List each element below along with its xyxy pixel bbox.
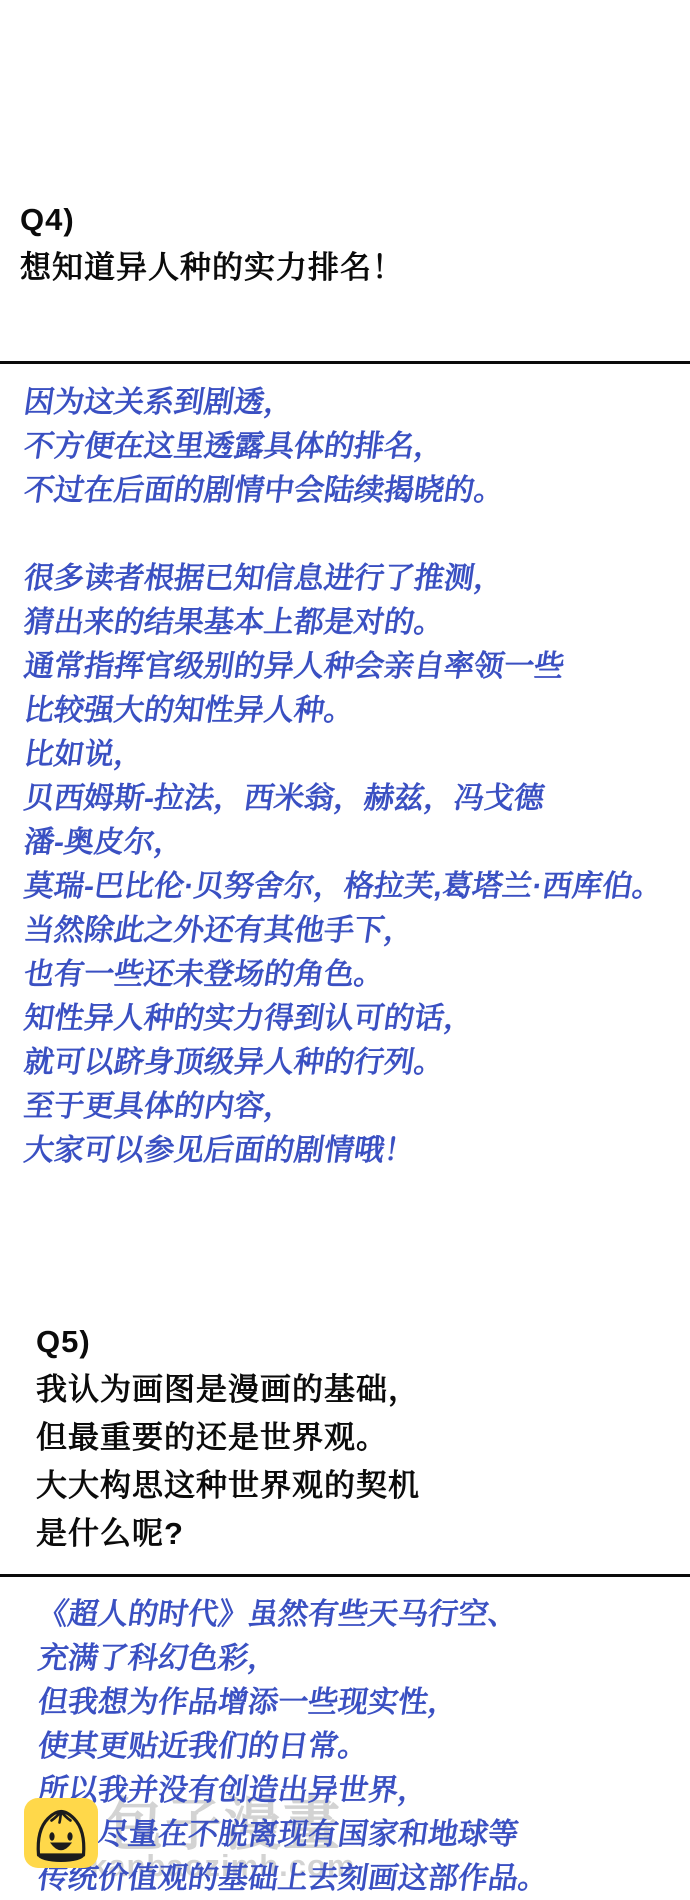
q5-divider-rule (0, 1574, 690, 1577)
q5-question-line: 但最重要的还是世界观。 (36, 1414, 420, 1462)
answer-line: 比较强大的知性异人种。 (21, 689, 665, 733)
answer-line: 就可以跻身顶级异人种的行列。 (21, 1041, 665, 1085)
q5-label: Q5) (36, 1318, 420, 1366)
answer-line: 因为这关系到剧透， (21, 381, 665, 425)
q5-header: Q5) 我认为画图是漫画的基础， 但最重要的还是世界观。 大大构思这种世界观的契… (36, 1318, 420, 1558)
answer-line: 很多读者根据已知信息进行了推测， (21, 557, 665, 601)
answer-line: 也有一些还未登场的角色。 (21, 953, 665, 997)
comic-qa-page: 包子漫畫 kanbaozimh.com Q4) 想知道异人种的实力排名！ 因为这… (0, 0, 690, 1900)
q4-header: Q4) 想知道异人种的实力排名！ (20, 196, 404, 292)
answer-line: 比如说， (21, 733, 665, 777)
answer-line: 贝西姆斯-拉法，西米翁，赫兹，冯戈德 (21, 777, 665, 821)
q4-answer-block: 因为这关系到剧透， 不方便在这里透露具体的排名， 不过在后面的剧情中会陆续揭晓的… (21, 381, 659, 1173)
answer-line: 潘-奥皮尔， (21, 821, 665, 865)
answer-line: 《超人的时代》虽然有些天马行空、 (35, 1593, 551, 1637)
answer-line: 使其更贴近我们的日常。 (35, 1725, 551, 1769)
answer-line: 知性异人种的实力得到认可的话， (21, 997, 665, 1041)
answer-line: 所以我并没有创造出异世界， (35, 1769, 551, 1813)
q5-question-line: 我认为画图是漫画的基础， (36, 1366, 420, 1414)
answer-line: 至于更具体的内容， (21, 1085, 665, 1129)
answer-line: 大家可以参见后面的剧情哦！ (21, 1129, 665, 1173)
answer-line: 而是尽量在不脱离现有国家和地球等 (35, 1813, 551, 1857)
q4-divider-rule (0, 361, 690, 364)
answer-line: 传统价值观的基础上去刻画这部作品。 (35, 1857, 551, 1900)
answer-line: 通常指挥官级别的异人种会亲自率领一些 (21, 645, 665, 689)
baozi-bun-face-icon (24, 1798, 98, 1868)
answer-line: 不方便在这里透露具体的排名， (21, 425, 665, 469)
answer-line: 但我想为作品增添一些现实性， (35, 1681, 551, 1725)
answer-line: 当然除此之外还有其他手下， (21, 909, 665, 953)
answer-line: 猜出来的结果基本上都是对的。 (21, 601, 665, 645)
q4-label: Q4) (20, 196, 404, 244)
q5-answer-block: 《超人的时代》虽然有些天马行空、 充满了科幻色彩， 但我想为作品增添一些现实性，… (35, 1593, 545, 1900)
q5-question-line: 大大构思这种世界观的契机 (36, 1462, 420, 1510)
answer-line: 充满了科幻色彩， (35, 1637, 551, 1681)
q4-question-line: 想知道异人种的实力排名！ (20, 244, 404, 292)
answer-line: 莫瑞-巴比伦·贝努舍尔，格拉芙,葛塔兰·西库伯。 (21, 865, 665, 909)
answer-line-blank (21, 513, 665, 557)
answer-line: 不过在后面的剧情中会陆续揭晓的。 (21, 469, 665, 513)
q5-question-line: 是什么呢? (36, 1510, 420, 1558)
